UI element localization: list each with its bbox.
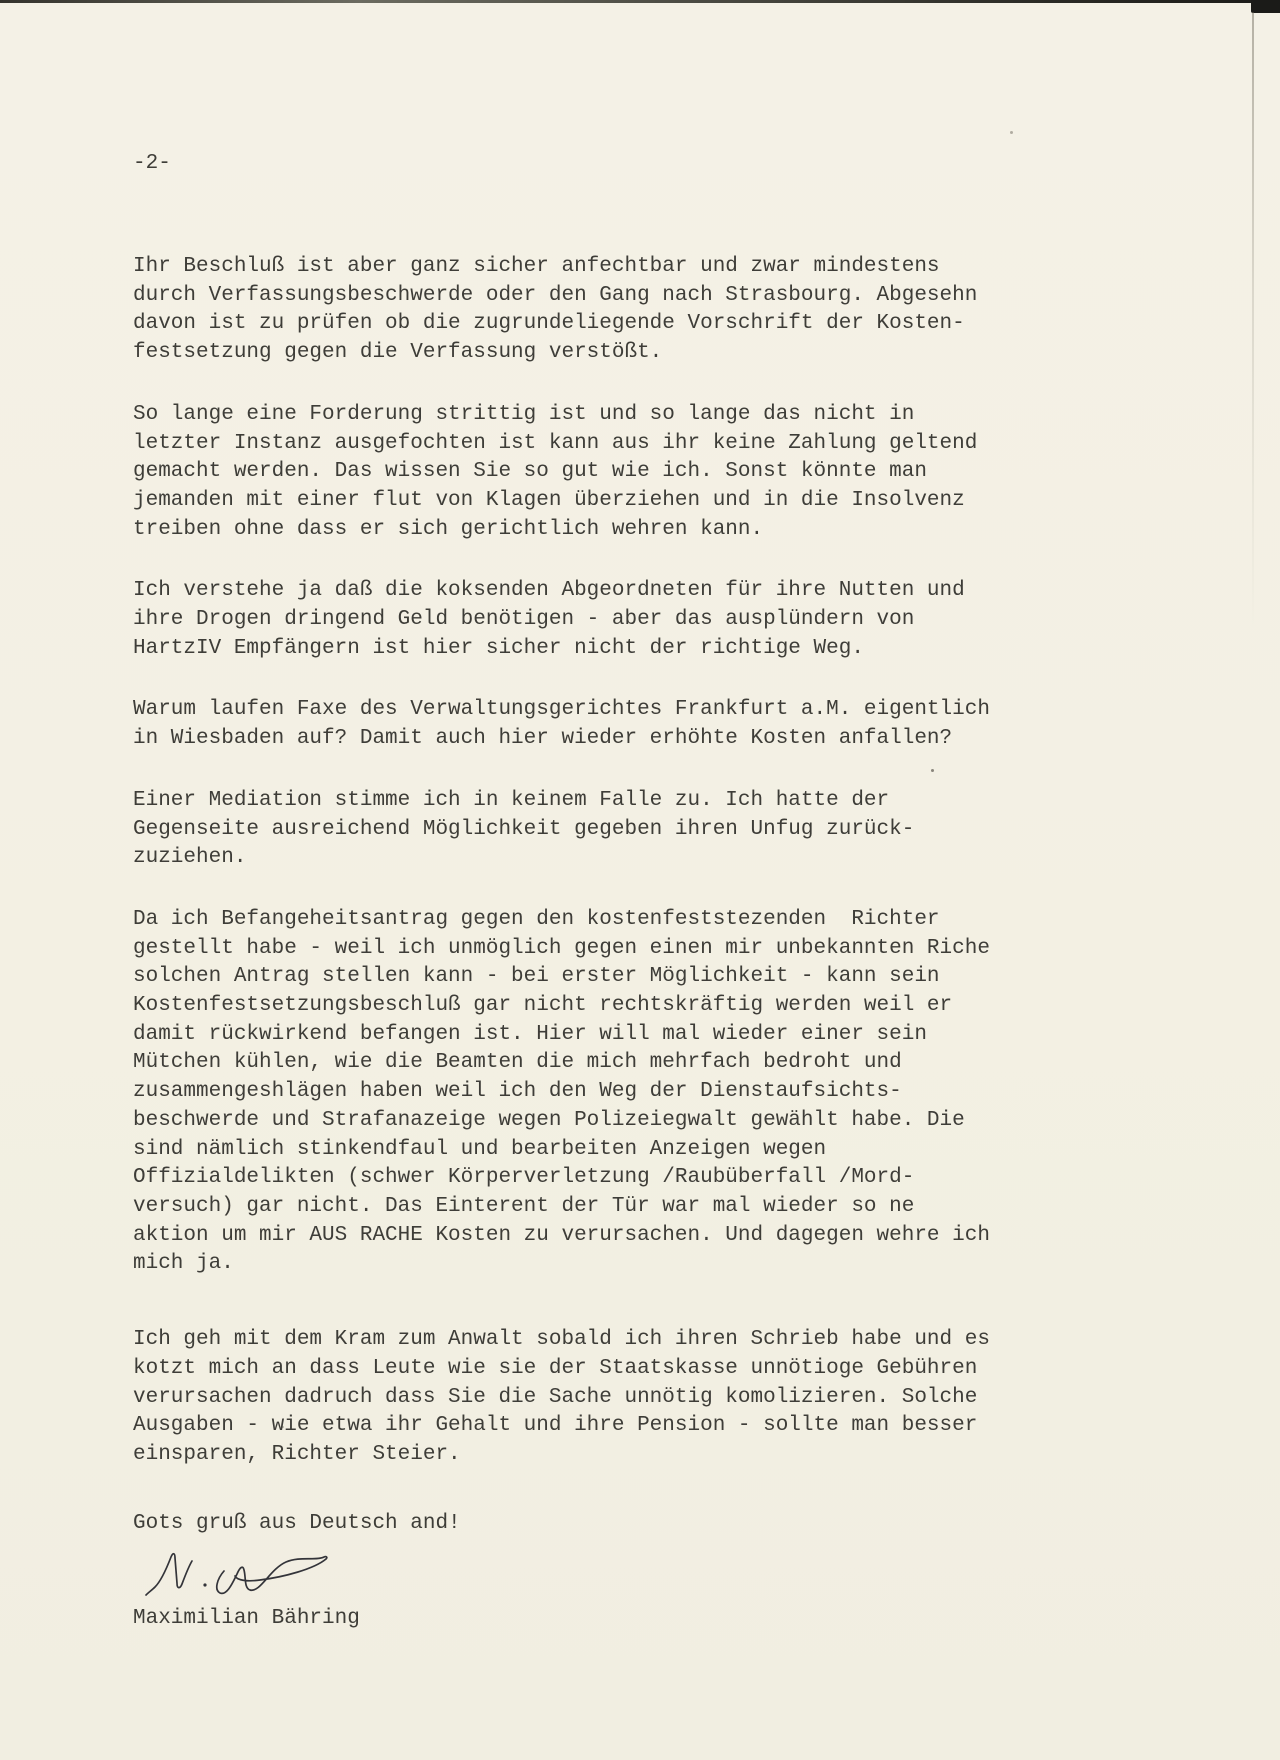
paragraph: So lange eine Forderung strittig ist und… xyxy=(133,401,1153,545)
scan-top-edge-artifact xyxy=(0,0,1280,3)
paragraph: Da ich Befangeheitsantrag gegen den kost… xyxy=(133,906,1153,1279)
page-number: -2- xyxy=(133,150,171,179)
paragraph: Ihr Beschluß ist aber ganz sicher anfech… xyxy=(133,253,1153,368)
letter-body: Ihr Beschluß ist aber ganz sicher anfech… xyxy=(133,253,1153,1503)
scanned-letter-page: -2- Ihr Beschluß ist aber ganz sicher an… xyxy=(0,0,1280,1760)
paragraph: Ich verstehe ja daß die koksenden Abgeor… xyxy=(133,577,1153,663)
paragraph: Einer Mediation stimme ich in keinem Fal… xyxy=(133,787,1153,873)
letter-closing: Gots gruß aus Deutsch and! xyxy=(133,1510,461,1539)
paragraph: Warum laufen Faxe des Verwaltungsgericht… xyxy=(133,696,1153,753)
signer-name: Maximilian Bähring xyxy=(133,1605,360,1634)
scan-speck xyxy=(1010,131,1013,134)
scan-corner-artifact xyxy=(1251,0,1280,13)
paragraph: Ich geh mit dem Kram zum Anwalt sobald i… xyxy=(133,1326,1153,1470)
handwritten-signature-icon xyxy=(142,1545,347,1609)
scan-page-edge-line xyxy=(1252,12,1254,632)
